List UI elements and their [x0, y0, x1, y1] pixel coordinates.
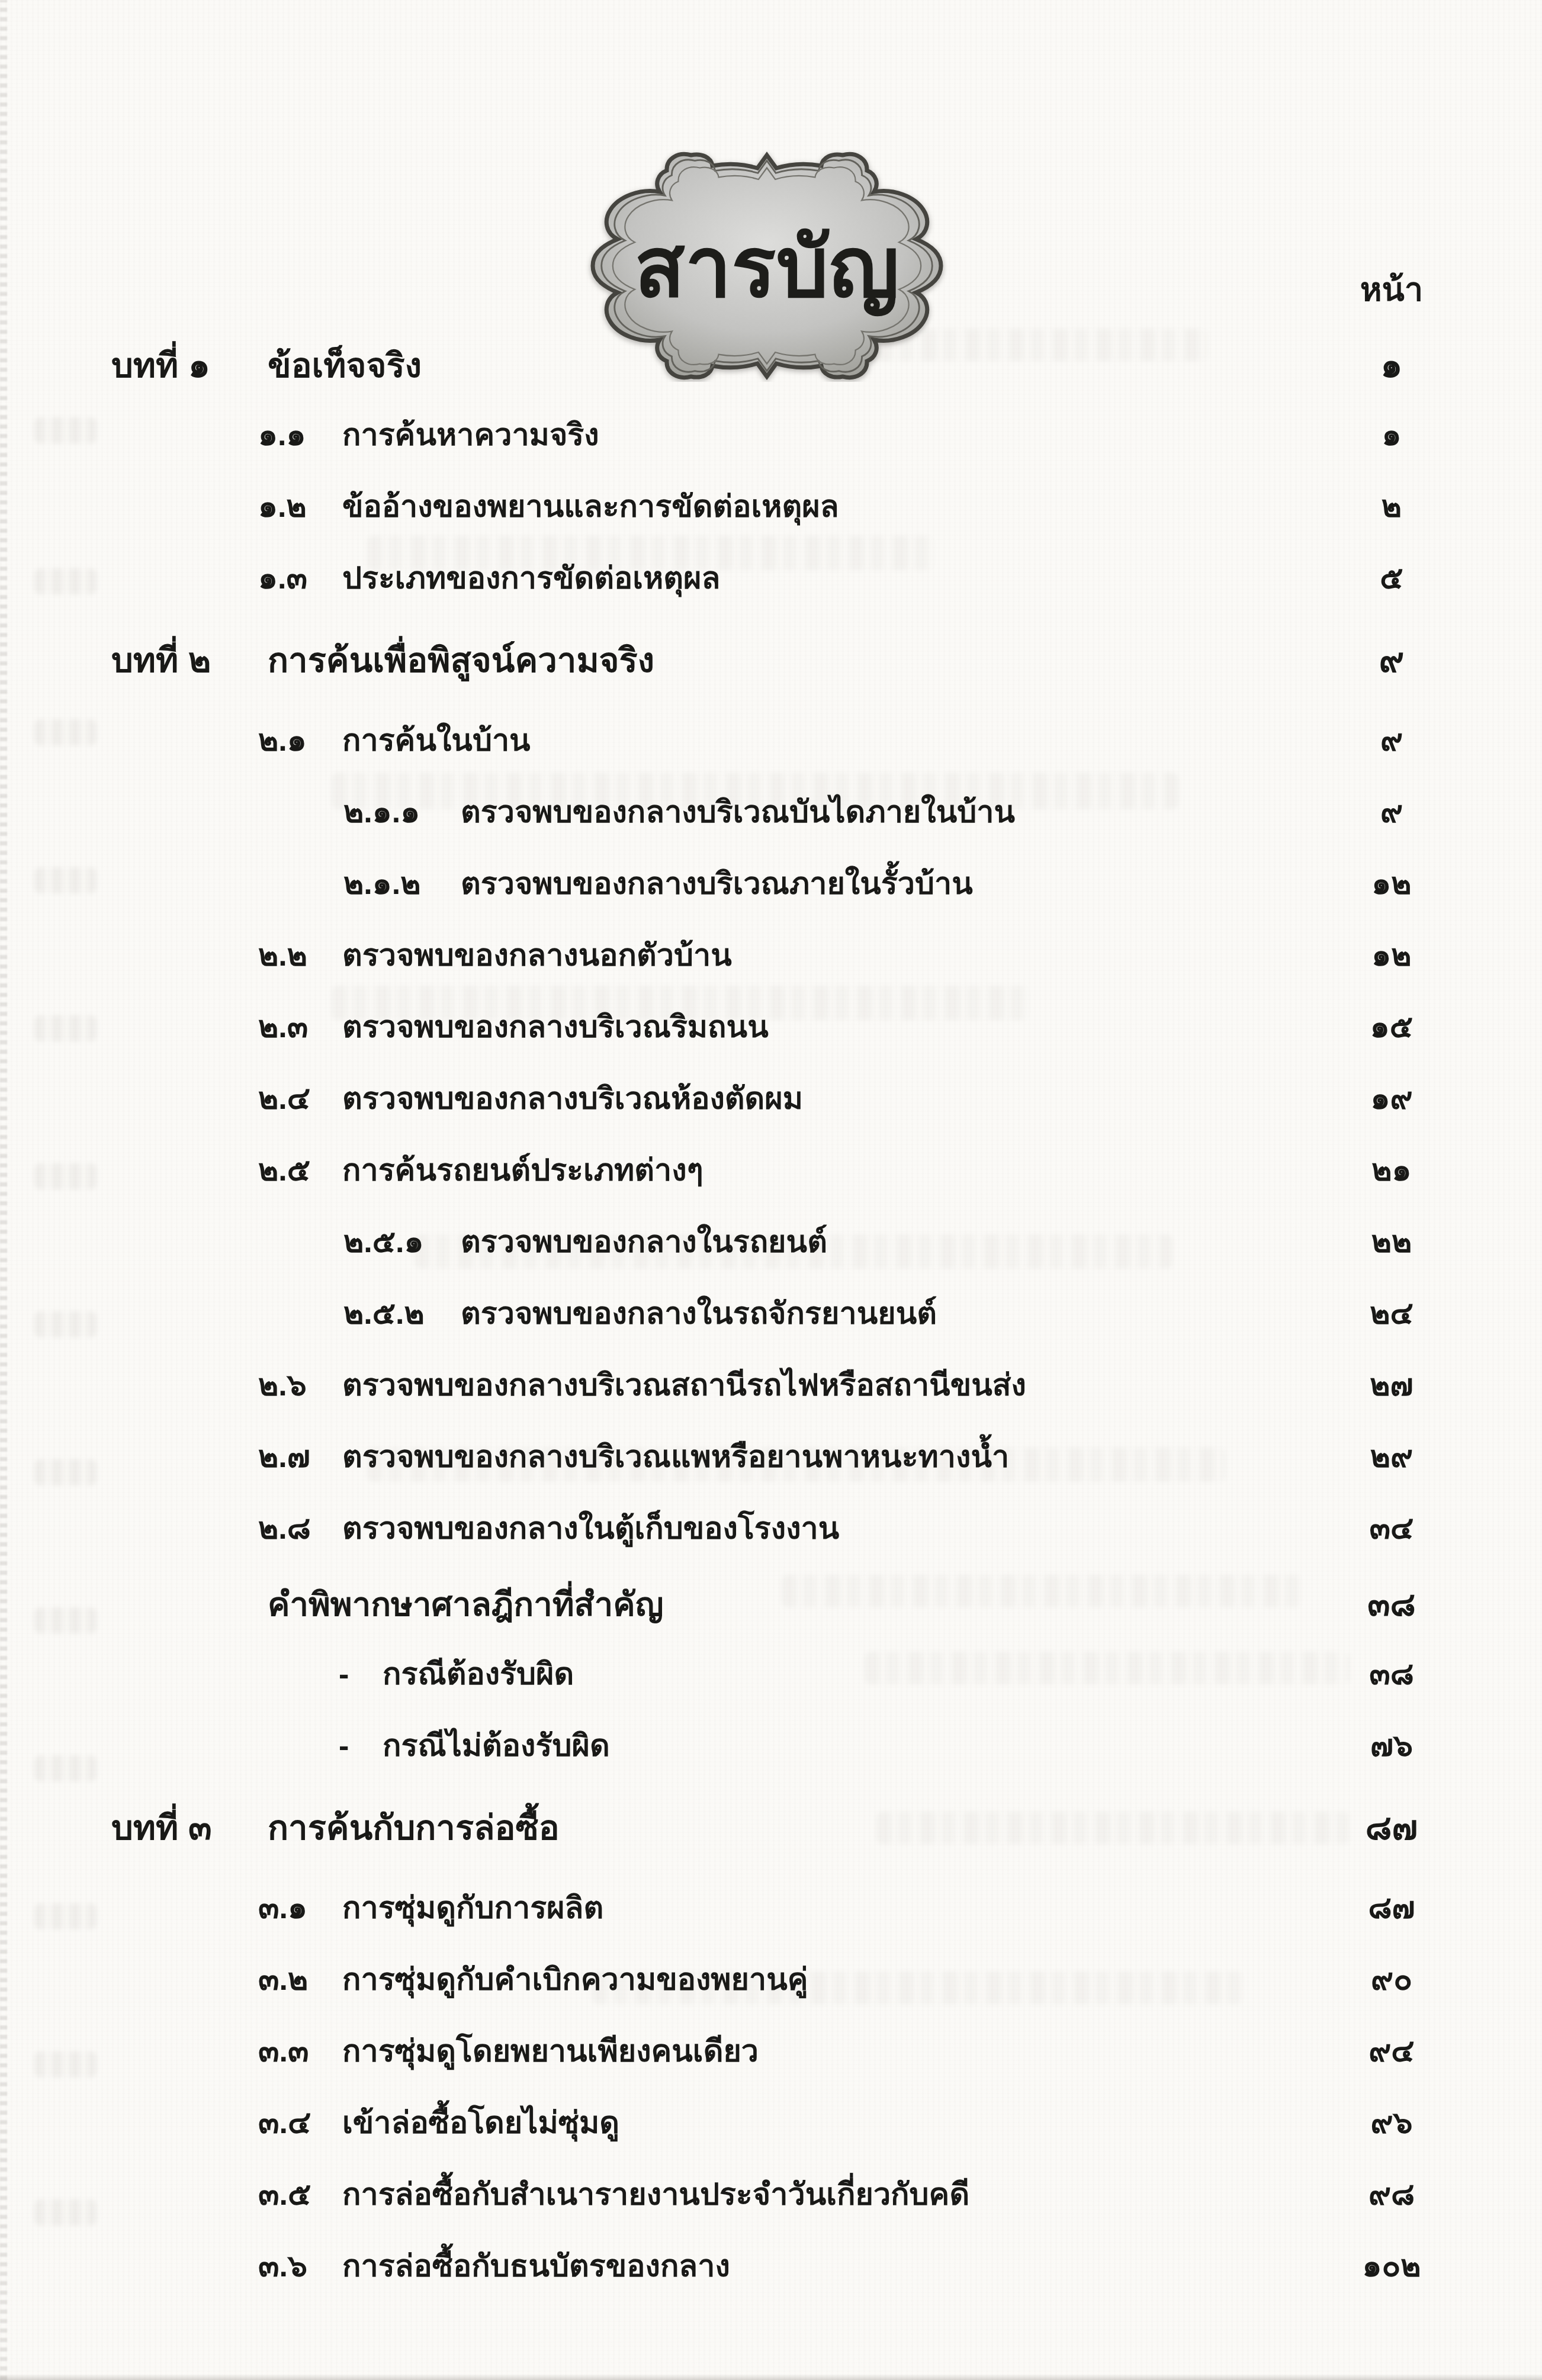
toc-row-page-number: ๑๙ — [1325, 1082, 1458, 1117]
toc-row-number: ๓.๖ — [258, 2249, 307, 2285]
toc-row-page-number: ๙๘ — [1325, 2178, 1458, 2213]
toc-row: ๓.๔เข้าล่อซื้อโดยไม่ซุ่มดู๙๖ — [0, 2106, 1542, 2178]
toc-row-number: ๑.๒ — [258, 490, 307, 525]
toc-row-page-number: ๒๒ — [1325, 1225, 1458, 1260]
contents-badge-title: สารบัญ — [634, 221, 899, 317]
toc-row-number: ๒.๘ — [258, 1511, 311, 1547]
toc-row: ๒.๑.๒ตรวจพบของกลางบริเวณภายในรั้วบ้าน๑๒ — [0, 867, 1542, 938]
toc-row: ๒.๖ตรวจพบของกลางบริเวณสถานีรถไฟหรือสถานี… — [0, 1368, 1542, 1440]
toc-row: ๒.๘ตรวจพบของกลางในตู้เก็บของโรงงาน๓๔ — [0, 1511, 1542, 1583]
toc-row-number: ๒.๖ — [258, 1368, 307, 1404]
toc-row-page-number: ๑๕ — [1325, 1010, 1458, 1046]
toc-row-title: ตรวจพบของกลางในรถยนต์ — [461, 1225, 827, 1260]
toc-row: ๑.๒ข้ออ้างของพยานและการขัดต่อเหตุผล๒ — [0, 490, 1542, 561]
toc-row-title: ตรวจพบของกลางบริเวณห้องตัดผม — [342, 1082, 803, 1117]
toc-row-page-number: ๓๘ — [1325, 1657, 1458, 1693]
toc-row-number: ๒.๗ — [258, 1440, 310, 1475]
toc-row-page-number: ๑ — [1325, 418, 1458, 454]
toc-row: ๒.๒ตรวจพบของกลางนอกตัวบ้าน๑๒ — [0, 938, 1542, 1010]
toc-row-page-number: ๙๔ — [1325, 2034, 1458, 2070]
toc-row-number: ๓.๓ — [258, 2034, 309, 2070]
toc-row-page-number: ๙ — [1325, 723, 1458, 759]
toc-row-number: ๑.๑ — [258, 418, 306, 454]
toc-row: บทที่๒การค้นเพื่อพิสูจน์ความจริง๙ — [0, 641, 1542, 713]
toc-row: ๓.๒การซุ่มดูกับคำเบิกความของพยานคู่๙๐ — [0, 1963, 1542, 2034]
toc-row-number: ๒.๕ — [258, 1153, 310, 1189]
toc-row-title: ตรวจพบของกลางบริเวณภายในรั้วบ้าน — [461, 867, 973, 902]
toc-row-title: ตรวจพบของกลางบริเวณริมถนน — [342, 1010, 769, 1046]
toc-row-page-number: ๗๖ — [1325, 1729, 1458, 1764]
toc-row-title: การล่อซื้อกับสำเนารายงานประจำวันเกี่ยวกั… — [342, 2178, 969, 2213]
toc-row-title: เข้าล่อซื้อโดยไม่ซุ่มดู — [342, 2106, 619, 2141]
toc-row-page-number: ๙ — [1325, 795, 1458, 831]
toc-row: ๑.๑การค้นหาความจริง๑ — [0, 418, 1542, 490]
toc-row-title: การซุ่มดูกับการผลิต — [342, 1891, 603, 1926]
toc-row-title: ตรวจพบของกลางบริเวณสถานีรถไฟหรือสถานีขนส… — [342, 1368, 1026, 1404]
toc-row-title: กรณีไม่ต้องรับผิด — [383, 1729, 610, 1764]
toc-row-title: กรณีต้องรับผิด — [383, 1657, 574, 1693]
toc-row-dash: - — [339, 1729, 349, 1764]
toc-row-title: การซุ่มดูกับคำเบิกความของพยานคู่ — [342, 1963, 808, 1998]
toc-row-page-number: ๒ — [1325, 490, 1458, 525]
toc-row-number: ๑.๓ — [258, 561, 307, 597]
scan-edge-artifact-bottom — [0, 2374, 1542, 2380]
toc-row-title: การค้นหาความจริง — [342, 418, 599, 454]
toc-row: ๓.๖การล่อซื้อกับธนบัตรของกลาง๑๐๒ — [0, 2249, 1542, 2321]
toc-row-page-number: ๙ — [1325, 641, 1458, 681]
toc-row-title: ข้อเท็จจริง — [268, 346, 422, 386]
toc-row: ๒.๓ตรวจพบของกลางบริเวณริมถนน๑๕ — [0, 1010, 1542, 1082]
toc-row-page-number: ๒๔ — [1325, 1297, 1458, 1332]
toc-row-number: ๒.๒ — [258, 938, 307, 974]
toc-row-number: ๓.๑ — [258, 1891, 307, 1926]
table-of-contents: บทที่๑ข้อเท็จจริง๑๑.๑การค้นหาความจริง๑๑.… — [0, 346, 1542, 2321]
toc-row: ๓.๑การซุ่มดูกับการผลิต๘๗ — [0, 1891, 1542, 1963]
toc-row-number: ๒.๔ — [258, 1082, 310, 1117]
chapter-number: ๑ — [188, 346, 210, 386]
toc-row: -กรณีต้องรับผิด๓๘ — [0, 1657, 1542, 1729]
toc-row-title: การล่อซื้อกับธนบัตรของกลาง — [342, 2249, 730, 2285]
toc-row-title: การค้นในบ้าน — [342, 723, 531, 759]
toc-row-number: ๒.๑.๑ — [343, 795, 420, 831]
toc-row-page-number: ๓๘ — [1325, 1585, 1458, 1623]
toc-row-page-number: ๒๙ — [1325, 1440, 1458, 1475]
chapter-number: ๓ — [188, 1809, 212, 1848]
toc-row-number: ๒.๑.๒ — [343, 867, 420, 902]
toc-row: ๒.๔ตรวจพบของกลางบริเวณห้องตัดผม๑๙ — [0, 1082, 1542, 1153]
chapter-label: บทที่ — [111, 346, 178, 386]
toc-row-title: การค้นเพื่อพิสูจน์ความจริง — [268, 641, 654, 681]
toc-row-page-number: ๑๒ — [1325, 867, 1458, 902]
toc-row-number: ๒.๓ — [258, 1010, 308, 1046]
toc-row-page-number: ๓๔ — [1325, 1511, 1458, 1547]
toc-row-number: ๓.๒ — [258, 1963, 308, 1998]
toc-row: ๒.๕การค้นรถยนต์ประเภทต่างๆ๒๑ — [0, 1153, 1542, 1225]
toc-row-page-number: ๘๗ — [1325, 1891, 1458, 1926]
toc-row-page-number: ๑ — [1325, 346, 1458, 386]
toc-row-title: ข้ออ้างของพยานและการขัดต่อเหตุผล — [342, 490, 839, 525]
toc-row: ๒.๑.๑ตรวจพบของกลางบริเวณบันไดภายในบ้าน๙ — [0, 795, 1542, 867]
toc-row-title: ตรวจพบของกลางบริเวณแพหรือยานพาหนะทางน้ำ — [342, 1440, 1009, 1475]
toc-row-title: การค้นรถยนต์ประเภทต่างๆ — [342, 1153, 703, 1189]
toc-row-dash: - — [339, 1657, 349, 1693]
toc-row-title: คำพิพากษาศาลฎีกาที่สำคัญ — [268, 1585, 663, 1623]
toc-row: ๓.๓การซุ่มดูโดยพยานเพียงคนเดียว๙๔ — [0, 2034, 1542, 2106]
toc-row-title: ประเภทของการขัดต่อเหตุผล — [342, 561, 720, 597]
toc-row-title: การซุ่มดูโดยพยานเพียงคนเดียว — [342, 2034, 759, 2070]
toc-row-page-number: ๒๗ — [1325, 1368, 1458, 1404]
toc-row-page-number: ๙๐ — [1325, 1963, 1458, 1998]
toc-row: ๒.๕.๒ตรวจพบของกลางในรถจักรยานยนต์๒๔ — [0, 1297, 1542, 1368]
toc-row-page-number: ๒๑ — [1325, 1153, 1458, 1189]
chapter-label: บทที่ — [111, 1809, 178, 1848]
toc-row: บทที่๑ข้อเท็จจริง๑ — [0, 346, 1542, 418]
toc-row: บทที่๓การค้นกับการล่อซื้อ๘๗ — [0, 1809, 1542, 1880]
toc-row-page-number: ๙๖ — [1325, 2106, 1458, 2141]
toc-row-title: ตรวจพบของกลางในตู้เก็บของโรงงาน — [342, 1511, 839, 1547]
toc-row-number: ๓.๔ — [258, 2106, 311, 2141]
toc-row-page-number: ๑๐๒ — [1325, 2249, 1458, 2285]
toc-row-page-number: ๑๒ — [1325, 938, 1458, 974]
toc-row: -กรณีไม่ต้องรับผิด๗๖ — [0, 1729, 1542, 1800]
toc-row-number: ๒.๕.๒ — [343, 1297, 425, 1332]
toc-row-title: ตรวจพบของกลางในรถจักรยานยนต์ — [461, 1297, 937, 1332]
page-column-header: หน้า — [1325, 271, 1458, 308]
toc-row-page-number: ๕ — [1325, 561, 1458, 597]
chapter-label: บทที่ — [111, 641, 178, 681]
toc-row-title: ตรวจพบของกลางบริเวณบันไดภายในบ้าน — [461, 795, 1015, 831]
toc-row-page-number: ๘๗ — [1325, 1809, 1458, 1848]
toc-row-number: ๒.๑ — [258, 723, 307, 759]
toc-row: ๑.๓ประเภทของการขัดต่อเหตุผล๕ — [0, 561, 1542, 633]
toc-row-number: ๒.๕.๑ — [343, 1225, 424, 1260]
toc-row: ๓.๕การล่อซื้อกับสำเนารายงานประจำวันเกี่ย… — [0, 2178, 1542, 2249]
toc-row-title: การค้นกับการล่อซื้อ — [268, 1809, 560, 1848]
toc-row: ๒.๕.๑ตรวจพบของกลางในรถยนต์๒๒ — [0, 1225, 1542, 1297]
toc-row-number: ๓.๕ — [258, 2178, 311, 2213]
toc-row: ๒.๗ตรวจพบของกลางบริเวณแพหรือยานพาหนะทางน… — [0, 1440, 1542, 1511]
toc-row: คำพิพากษาศาลฎีกาที่สำคัญ๓๘ — [0, 1585, 1542, 1657]
toc-row: ๒.๑การค้นในบ้าน๙ — [0, 723, 1542, 795]
chapter-number: ๒ — [188, 641, 211, 681]
toc-row-title: ตรวจพบของกลางนอกตัวบ้าน — [342, 938, 732, 974]
